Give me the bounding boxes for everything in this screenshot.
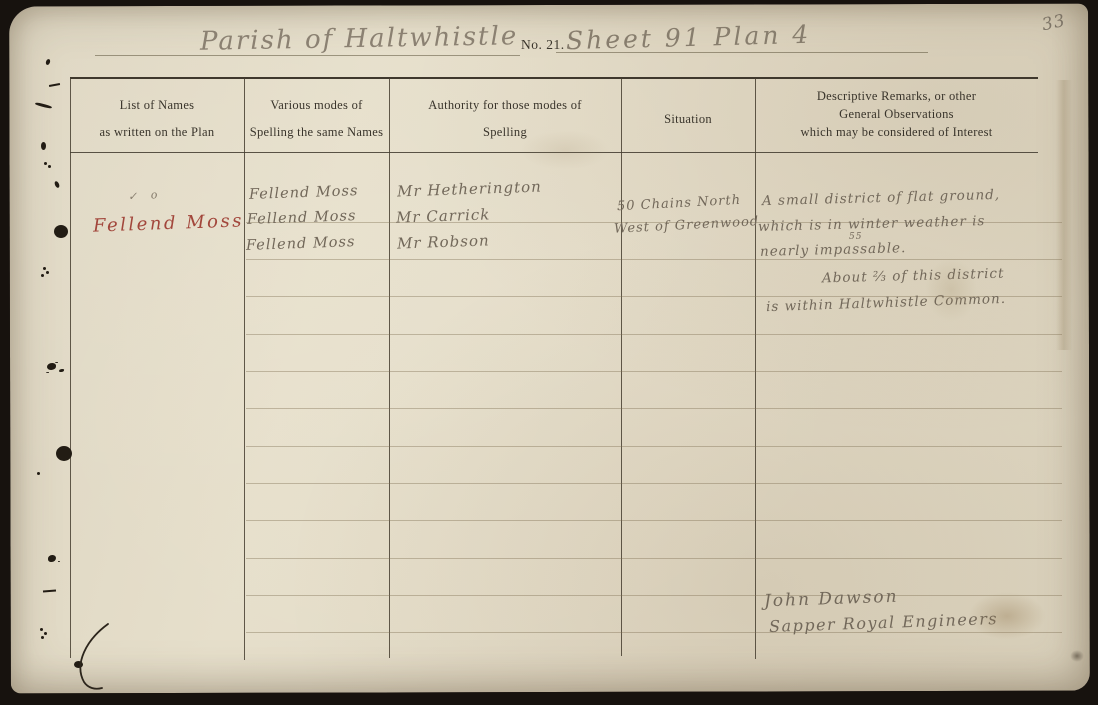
ink-mark [44, 162, 47, 165]
parish-underline [95, 55, 520, 56]
ink-mark [37, 472, 40, 475]
ledger-line [246, 371, 1062, 372]
table-header-rule [70, 152, 1038, 153]
ledger-line [246, 558, 1062, 559]
ledger-line [246, 334, 1062, 335]
column-header-line: which may be considered of Interest [755, 123, 1038, 141]
col-divider-4 [755, 78, 756, 659]
col-divider-2 [389, 78, 390, 658]
scanned-name-book-page: Parish of Haltwhistle No. 21. Sheet 91 P… [0, 0, 1098, 705]
remarks-superscript: 55 [849, 232, 862, 242]
column-header-line: Authority for those modes of [389, 92, 621, 119]
ink-mark [41, 142, 46, 150]
ledger-line [246, 595, 1062, 596]
authority-entry: Mr Robson [397, 231, 490, 252]
col-divider-3 [621, 78, 622, 656]
ledger-line [246, 446, 1062, 447]
column-header-line: Spelling the same Names [244, 119, 389, 146]
column-header-line: Descriptive Remarks, or other [755, 87, 1038, 105]
column-header-line: General Observations [755, 105, 1038, 123]
col-divider-1 [244, 78, 245, 660]
table-border-left [70, 78, 71, 658]
ledger-line [246, 520, 1062, 521]
ledger-line [246, 408, 1062, 409]
ledger-line [246, 259, 1062, 260]
column-header-names: List of Names as written on the Plan [70, 92, 244, 146]
column-header-spelling: Various modes of Spelling the same Names [244, 92, 389, 146]
ledger-line [246, 632, 1062, 633]
column-header-line: as written on the Plan [70, 119, 244, 146]
sheet-underline [556, 52, 928, 53]
record-number-label: No. 21. [521, 37, 565, 53]
column-header-line: Spelling [389, 119, 621, 146]
ink-mark [43, 267, 46, 270]
punch-hole [54, 225, 68, 238]
ledger-line [246, 483, 1062, 484]
authority-entry: Mr Carrick [396, 205, 491, 226]
table-top-rule [70, 77, 1038, 79]
pencil-check-annotation: ✓ o [128, 188, 163, 203]
column-header-line: Various modes of [244, 92, 389, 119]
parish-title: Parish of Haltwhistle [200, 21, 519, 57]
column-header-situation: Situation [621, 106, 755, 133]
pen-flourish-stroke [60, 622, 115, 694]
column-header-remarks: Descriptive Remarks, or other General Ob… [755, 87, 1038, 141]
ink-mark [40, 628, 43, 631]
column-header-line: List of Names [70, 92, 244, 119]
column-header-authority: Authority for those modes of Spelling [389, 92, 621, 146]
punch-hole [56, 446, 72, 461]
